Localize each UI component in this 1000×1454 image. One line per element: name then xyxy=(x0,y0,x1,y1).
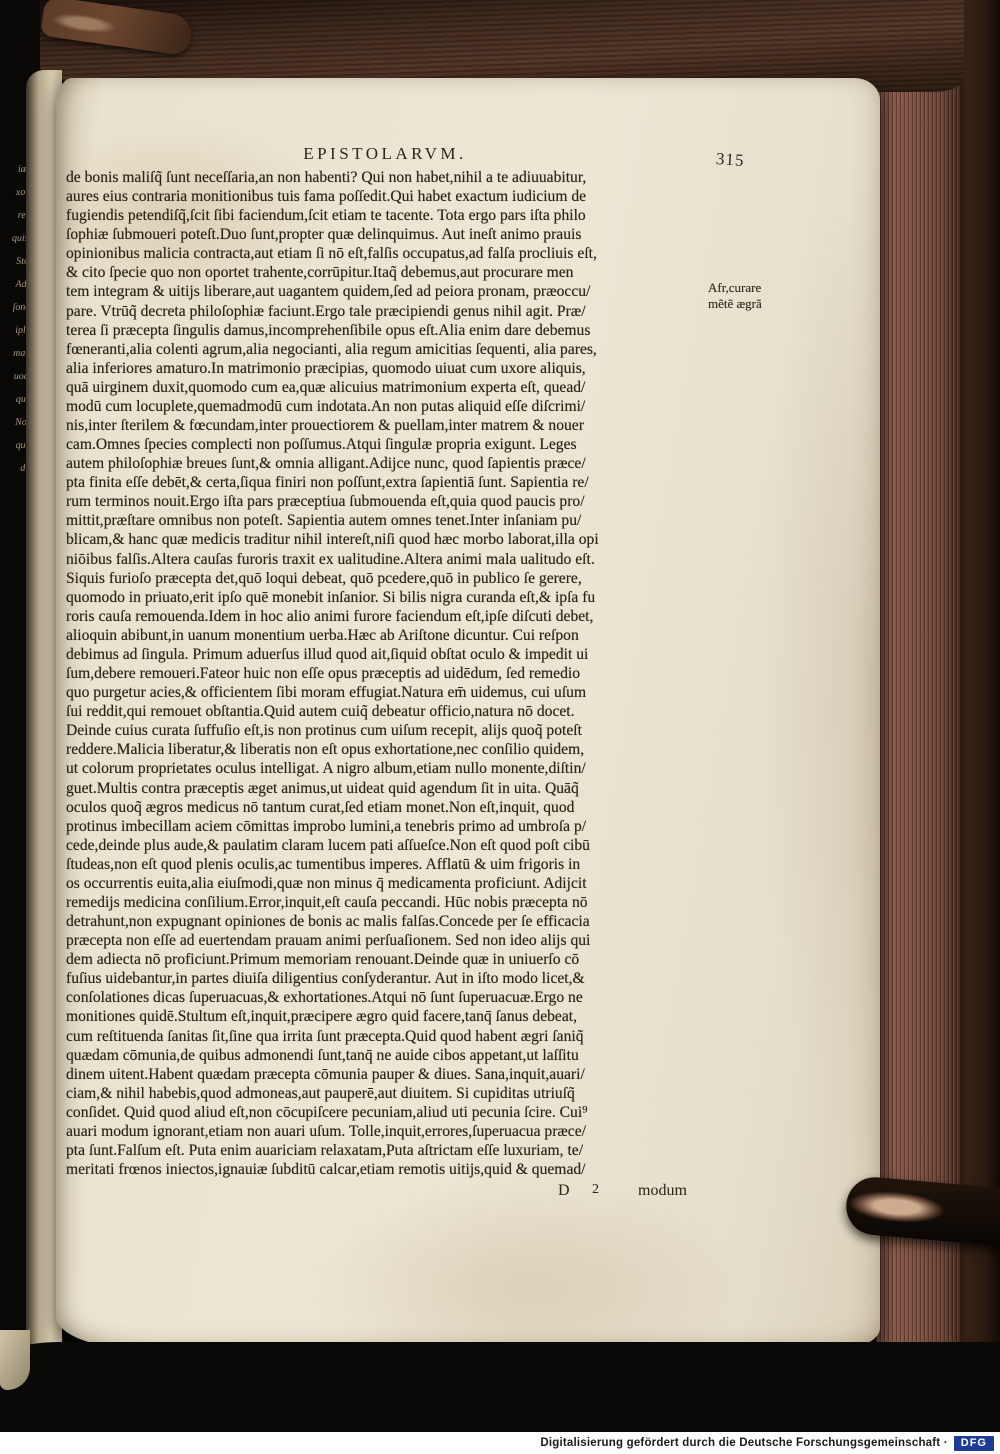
running-title: EPISTOLARVM. xyxy=(66,144,704,164)
text-line: autem philoſophiæ breues ſunt,& omnia al… xyxy=(66,454,706,473)
text-line: ciam,& nihil habebis,quod admoneas,aut p… xyxy=(66,1084,706,1103)
scan-background-bottom xyxy=(0,1342,1000,1434)
text-line: debimus ad ſingula. Primum aduerſus illu… xyxy=(66,645,706,664)
fore-edge-pages xyxy=(876,26,960,1356)
signature-number: 2 xyxy=(592,1182,599,1198)
page-number: 315 xyxy=(715,149,745,171)
page-header: EPISTOLARVM. xyxy=(66,144,704,164)
text-line: meritati frœnos iniectos,ignauiæ ſubditū… xyxy=(66,1160,706,1179)
text-line: pta ſunt.Falſum eſt. Puta enim auariciam… xyxy=(66,1141,706,1160)
text-line: pare. Vtrūq̃ decreta philoſophiæ faciunt… xyxy=(66,302,706,321)
text-line: os occurrentis euita,alia eiuſmodi,quæ n… xyxy=(66,874,706,893)
text-line: detrahunt,non expugnant opiniones de bon… xyxy=(66,912,706,931)
text-line: oculos quoq̃ ægros medicus nō tantum cur… xyxy=(66,798,706,817)
text-line: ſtudeas,non eſt quod plenis oculis,ac tu… xyxy=(66,855,706,874)
scanned-page: EPISTOLARVM. 315 de bonis maliſq̃ ſunt n… xyxy=(56,78,880,1350)
text-line: dem adiecta nō proficiunt.Primum memoria… xyxy=(66,950,706,969)
text-line: ſum,debere remoueri.Fateor huic non eſſe… xyxy=(66,664,706,683)
text-line: blicam,& hanc quæ medicis traditur nihil… xyxy=(66,530,706,549)
text-line: remedijs medicina conſilium.Error,inquit… xyxy=(66,893,706,912)
text-line: fœneranti,alia colenti agrum,alia negoci… xyxy=(66,340,706,359)
text-line: præcepta non eſſe ad euertendam prauam a… xyxy=(66,931,706,950)
text-line: ſui reddit,qui remouet obſtantia.Quid au… xyxy=(66,702,706,721)
text-line: quædam cōmunia,de quibus admonendi ſunt,… xyxy=(66,1046,706,1065)
text-line: Siquis furioſo præcepta det,quō loqui de… xyxy=(66,569,706,588)
text-line: terea ſi præcepta ſingulis damus,incompr… xyxy=(66,321,706,340)
text-line: Deinde cuius curata ſuffuſio eſt,is non … xyxy=(66,721,706,740)
text-fragment: iæ xyxy=(0,158,28,182)
text-fragment: quis xyxy=(0,227,29,251)
text-line: pta finita eſſe debēt,& certa,ſiqua fini… xyxy=(66,473,706,492)
text-line: dinem uitent.Habent quædam præcepta cōmu… xyxy=(66,1065,706,1084)
text-line: cum reſtituenda ſanitas ſit,ſine qua irr… xyxy=(66,1027,706,1046)
text-line: ut colorum proprietates oculus intelliga… xyxy=(66,759,706,778)
text-line: & cito ſpecie quo non oportet trahente,c… xyxy=(66,263,706,282)
text-line: aures eius contraria monitionibus tuis f… xyxy=(66,187,706,206)
main-text-block: de bonis maliſq̃ ſunt neceſſaria,an non … xyxy=(66,168,706,1179)
text-fragment: Sto xyxy=(0,250,29,274)
text-line: monitiones quidē.Stultum eſt,inquit,præc… xyxy=(66,1007,706,1026)
text-line: fugiendis petendiſq̃,ſcit ſibi faciendum… xyxy=(66,206,706,225)
text-line: protinus imbecillam aciem cōmittas impro… xyxy=(66,817,706,836)
text-line: nis,inter ſterilem & fœcundam,inter prou… xyxy=(66,416,706,435)
text-line: conſolationes dicas ſuperuacuas,& exhort… xyxy=(66,988,706,1007)
signature-letter: D xyxy=(558,1182,570,1200)
text-line: alioquin abibunt,in uanum monentium uerb… xyxy=(66,626,706,645)
text-line: quā uirginem duxit,quomodo cum ea,quæ al… xyxy=(66,378,706,397)
signature-row: D 2 modum xyxy=(66,1182,706,1202)
text-line: quomodo in priuato,erit ipſo quē monebit… xyxy=(66,588,706,607)
text-line: mittit,præſtare omnibus non poteſt. Sapi… xyxy=(66,511,706,530)
text-line: quo purgetur acies,& officientem ſibi mo… xyxy=(66,683,706,702)
margin-note-line1: Afr,curare xyxy=(708,280,794,296)
text-line: tem integram & uitijs liberare,aut uagan… xyxy=(66,282,706,301)
text-line: niōibus falſis.Altera cauſas furoris tra… xyxy=(66,550,706,569)
text-line: de bonis maliſq̃ ſunt neceſſaria,an non … xyxy=(66,168,706,187)
text-line: guet.Multis contra præceptis æget animus… xyxy=(66,779,706,798)
text-fragment: xo, xyxy=(0,181,28,205)
text-line: ſophiæ ſubmoueri poteſt.Duo ſunt,propter… xyxy=(66,225,706,244)
text-line: conſidet. Quid quod aliud eſt,non cōcupi… xyxy=(66,1103,706,1122)
text-line: opinionibus malicia contracta,aut etiam … xyxy=(66,244,706,263)
margin-note: Afr,curare mẽtẽ ægrã xyxy=(708,280,794,311)
dfg-footer-bar: Digitalisierung gefördert durch die Deut… xyxy=(0,1432,1000,1454)
text-line: roris cauſa remouenda.Idem in hoc alio a… xyxy=(66,607,706,626)
digitization-credit: Digitalisierung gefördert durch die Deut… xyxy=(540,1437,947,1449)
catchword: modum xyxy=(638,1182,687,1200)
text-line: cede,deinde plus aude,& paulatim claram … xyxy=(66,836,706,855)
text-line: reddere.Malicia liberatur,& liberatis no… xyxy=(66,740,706,759)
text-line: alia inferiores amaturo.In matrimonio pr… xyxy=(66,359,706,378)
text-line: modū cum locuplete,quemadmodū cum indota… xyxy=(66,397,706,416)
text-line: auari modum ignorant,etiam non auari uſu… xyxy=(66,1122,706,1141)
text-line: fuſius uidebantur,in partes diuiſa dilig… xyxy=(66,969,706,988)
text-line: cam.Omnes ſpecies complecti non poſſumus… xyxy=(66,435,706,454)
dfg-logo: DFG xyxy=(954,1436,994,1451)
text-line: rum terminos nouit.Ergo iſta pars præcep… xyxy=(66,492,706,511)
margin-note-line2: mẽtẽ ægrã xyxy=(708,296,794,312)
book-scan: iæxo,re,quisStoAdiſonēiplemat,uociquiſNo… xyxy=(0,0,1000,1454)
text-fragment: re, xyxy=(0,204,28,228)
